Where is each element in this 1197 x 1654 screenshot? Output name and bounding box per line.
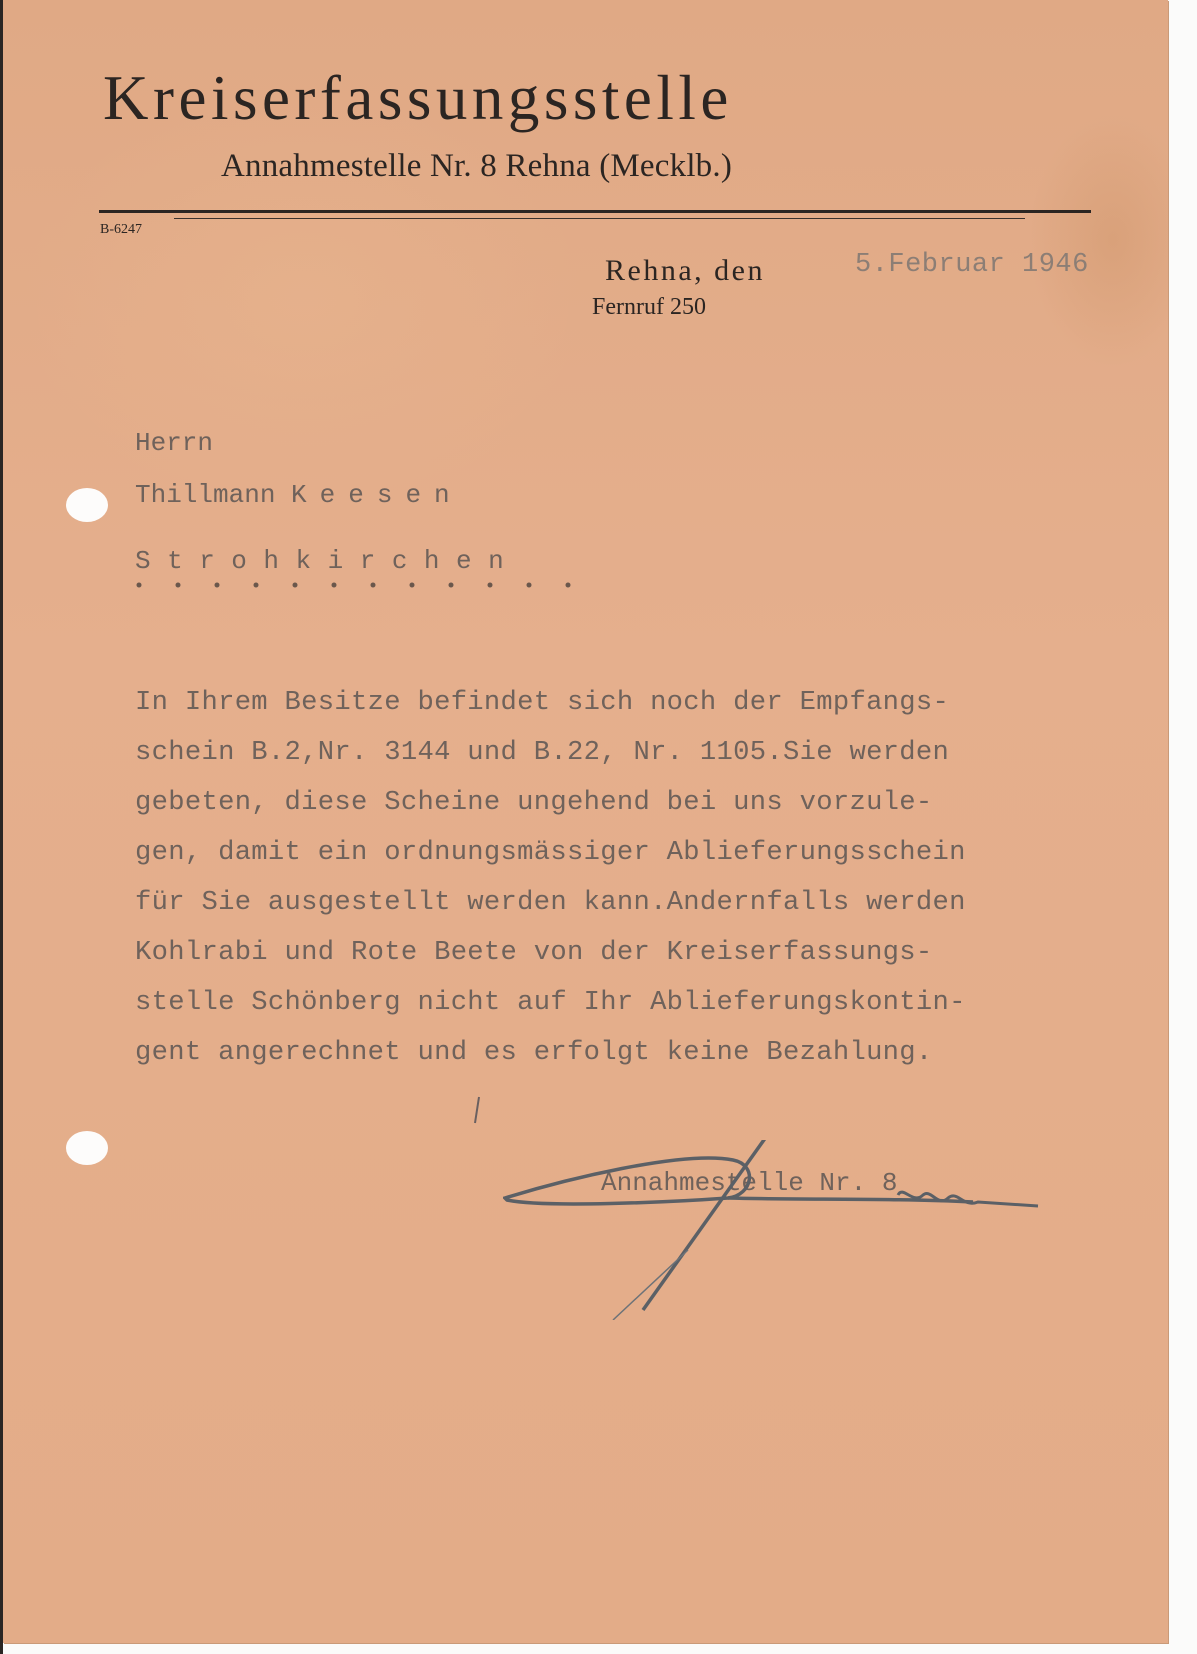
recipient-first-name: Thillmann bbox=[135, 480, 275, 510]
body-line: gen, damit ein ordnungsmässiger Abliefer… bbox=[135, 828, 1165, 878]
body-line: stelle Schönberg nicht auf Ihr Ablieferu… bbox=[135, 978, 1165, 1028]
letterhead-subtitle: Annahmestelle Nr. 8 Rehna (Mecklb.) bbox=[221, 148, 732, 185]
letterhead-rule-thin bbox=[174, 218, 1025, 219]
recipient-name: Thillmann Keesen bbox=[135, 480, 463, 510]
reference-code: B-6247 bbox=[100, 222, 142, 238]
body-line: für Sie ausgestellt werden kann.Andernfa… bbox=[135, 878, 1165, 928]
pencil-mark bbox=[473, 1095, 481, 1125]
letterhead-title: Kreiserfassungsstelle bbox=[103, 62, 1103, 135]
body-line: schein B.2,Nr. 3144 und B.22, Nr. 1105.S… bbox=[135, 728, 1165, 778]
letter-date: 5.Februar 1946 bbox=[855, 250, 1089, 280]
recipient-town: Strohkirchen bbox=[135, 546, 520, 576]
recipient-salutation: Herrn bbox=[135, 428, 213, 458]
recipient-last-name: Keesen bbox=[291, 480, 463, 510]
letterhead-rule-thick bbox=[99, 210, 1091, 213]
punch-hole-top bbox=[66, 488, 108, 522]
body-line: gent angerechnet und es erfolgt keine Be… bbox=[135, 1028, 1165, 1078]
body-line: In Ihrem Besitze befindet sich noch der … bbox=[135, 678, 1165, 728]
place-label: Rehna, den bbox=[605, 254, 765, 288]
phone-number: Fernruf 250 bbox=[592, 294, 706, 321]
body-line: gebeten, diese Scheine ungehend bei uns … bbox=[135, 778, 1165, 828]
punch-hole-bottom bbox=[66, 1131, 108, 1165]
letter-body: In Ihrem Besitze befindet sich noch der … bbox=[135, 678, 1165, 1078]
body-line: Kohlrabi und Rote Beete von der Kreiserf… bbox=[135, 928, 1165, 978]
letter-page: Kreiserfassungsstelle Annahmestelle Nr. … bbox=[3, 0, 1168, 1643]
signature-icon bbox=[503, 1140, 1063, 1320]
town-underline bbox=[136, 582, 602, 588]
